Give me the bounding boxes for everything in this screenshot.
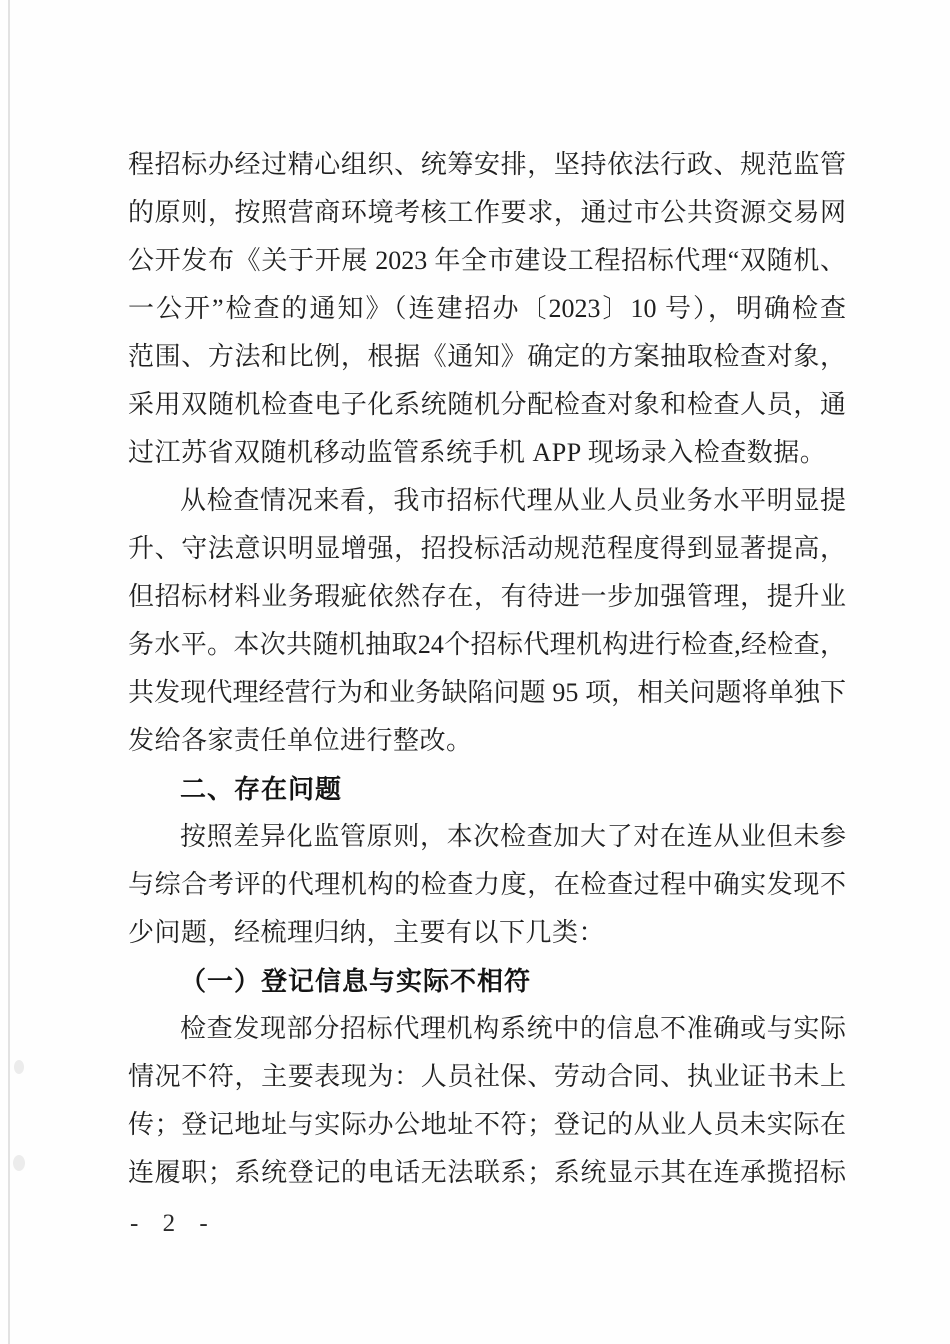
text-line: 与综合考评的代理机构的检查力度，在检查过程中确实发现不 xyxy=(128,861,846,909)
scan-smudge xyxy=(14,1060,24,1074)
text-line: 公开发布《关于开展 2023 年全市建设工程招标代理“双随机、 xyxy=(128,237,846,285)
text-line: 从检查情况来看，我市招标代理从业人员业务水平明显提 xyxy=(128,477,846,525)
document-body: 程招标办经过精心组织、统筹安排，坚持依法行政、规范监管 的原则，按照营商环境考核… xyxy=(128,141,846,1197)
text-line: 检查发现部分招标代理机构系统中的信息不准确或与实际 xyxy=(128,1005,846,1053)
text-line: 的原则，按照营商环境考核工作要求，通过市公共资源交易网 xyxy=(128,189,846,237)
scanned-document-page: 程招标办经过精心组织、统筹安排，坚持依法行政、规范监管 的原则，按照营商环境考核… xyxy=(0,0,950,1344)
text-line: 务水平。本次共随机抽取24个招标代理机构进行检查,经检查， xyxy=(128,621,846,669)
text-line: 程招标办经过精心组织、统筹安排，坚持依法行政、规范监管 xyxy=(128,141,846,189)
page-number: - 2 - xyxy=(130,1210,217,1238)
text-line: 传；登记地址与实际办公地址不符；登记的从业人员未实际在 xyxy=(128,1101,846,1149)
text-line: 情况不符，主要表现为：人员社保、劳动合同、执业证书未上 xyxy=(128,1053,846,1101)
section-heading-2-1: （一）登记信息与实际不相符 xyxy=(128,957,846,1005)
text-line: 采用双随机检查电子化系统随机分配检查对象和检查人员，通 xyxy=(128,381,846,429)
text-line: 少问题，经梳理归纳，主要有以下几类： xyxy=(128,909,846,957)
text-line: 范围、方法和比例，根据《通知》确定的方案抽取检查对象， xyxy=(128,333,846,381)
text-line: 但招标材料业务瑕疵依然存在，有待进一步加强管理，提升业 xyxy=(128,573,846,621)
scan-smudge xyxy=(13,1155,25,1171)
text-line: 共发现代理经营行为和业务缺陷问题 95 项，相关问题将单独下 xyxy=(128,669,846,717)
text-line: 过江苏省双随机移动监管系统手机 APP 现场录入检查数据。 xyxy=(128,429,846,477)
scan-edge-artifact xyxy=(8,0,10,1344)
text-line: 按照差异化监管原则，本次检查加大了对在连从业但未参 xyxy=(128,813,846,861)
text-line: 升、守法意识明显增强，招投标活动规范程度得到显著提高， xyxy=(128,525,846,573)
text-line: 连履职；系统登记的电话无法联系；系统显示其在连承揽招标 xyxy=(128,1149,846,1197)
text-line: 一公开”检查的通知》（连建招办〔2023〕10 号），明确检查 xyxy=(128,285,846,333)
text-line: 发给各家责任单位进行整改。 xyxy=(128,717,846,765)
section-heading-2: 二、存在问题 xyxy=(128,765,846,813)
